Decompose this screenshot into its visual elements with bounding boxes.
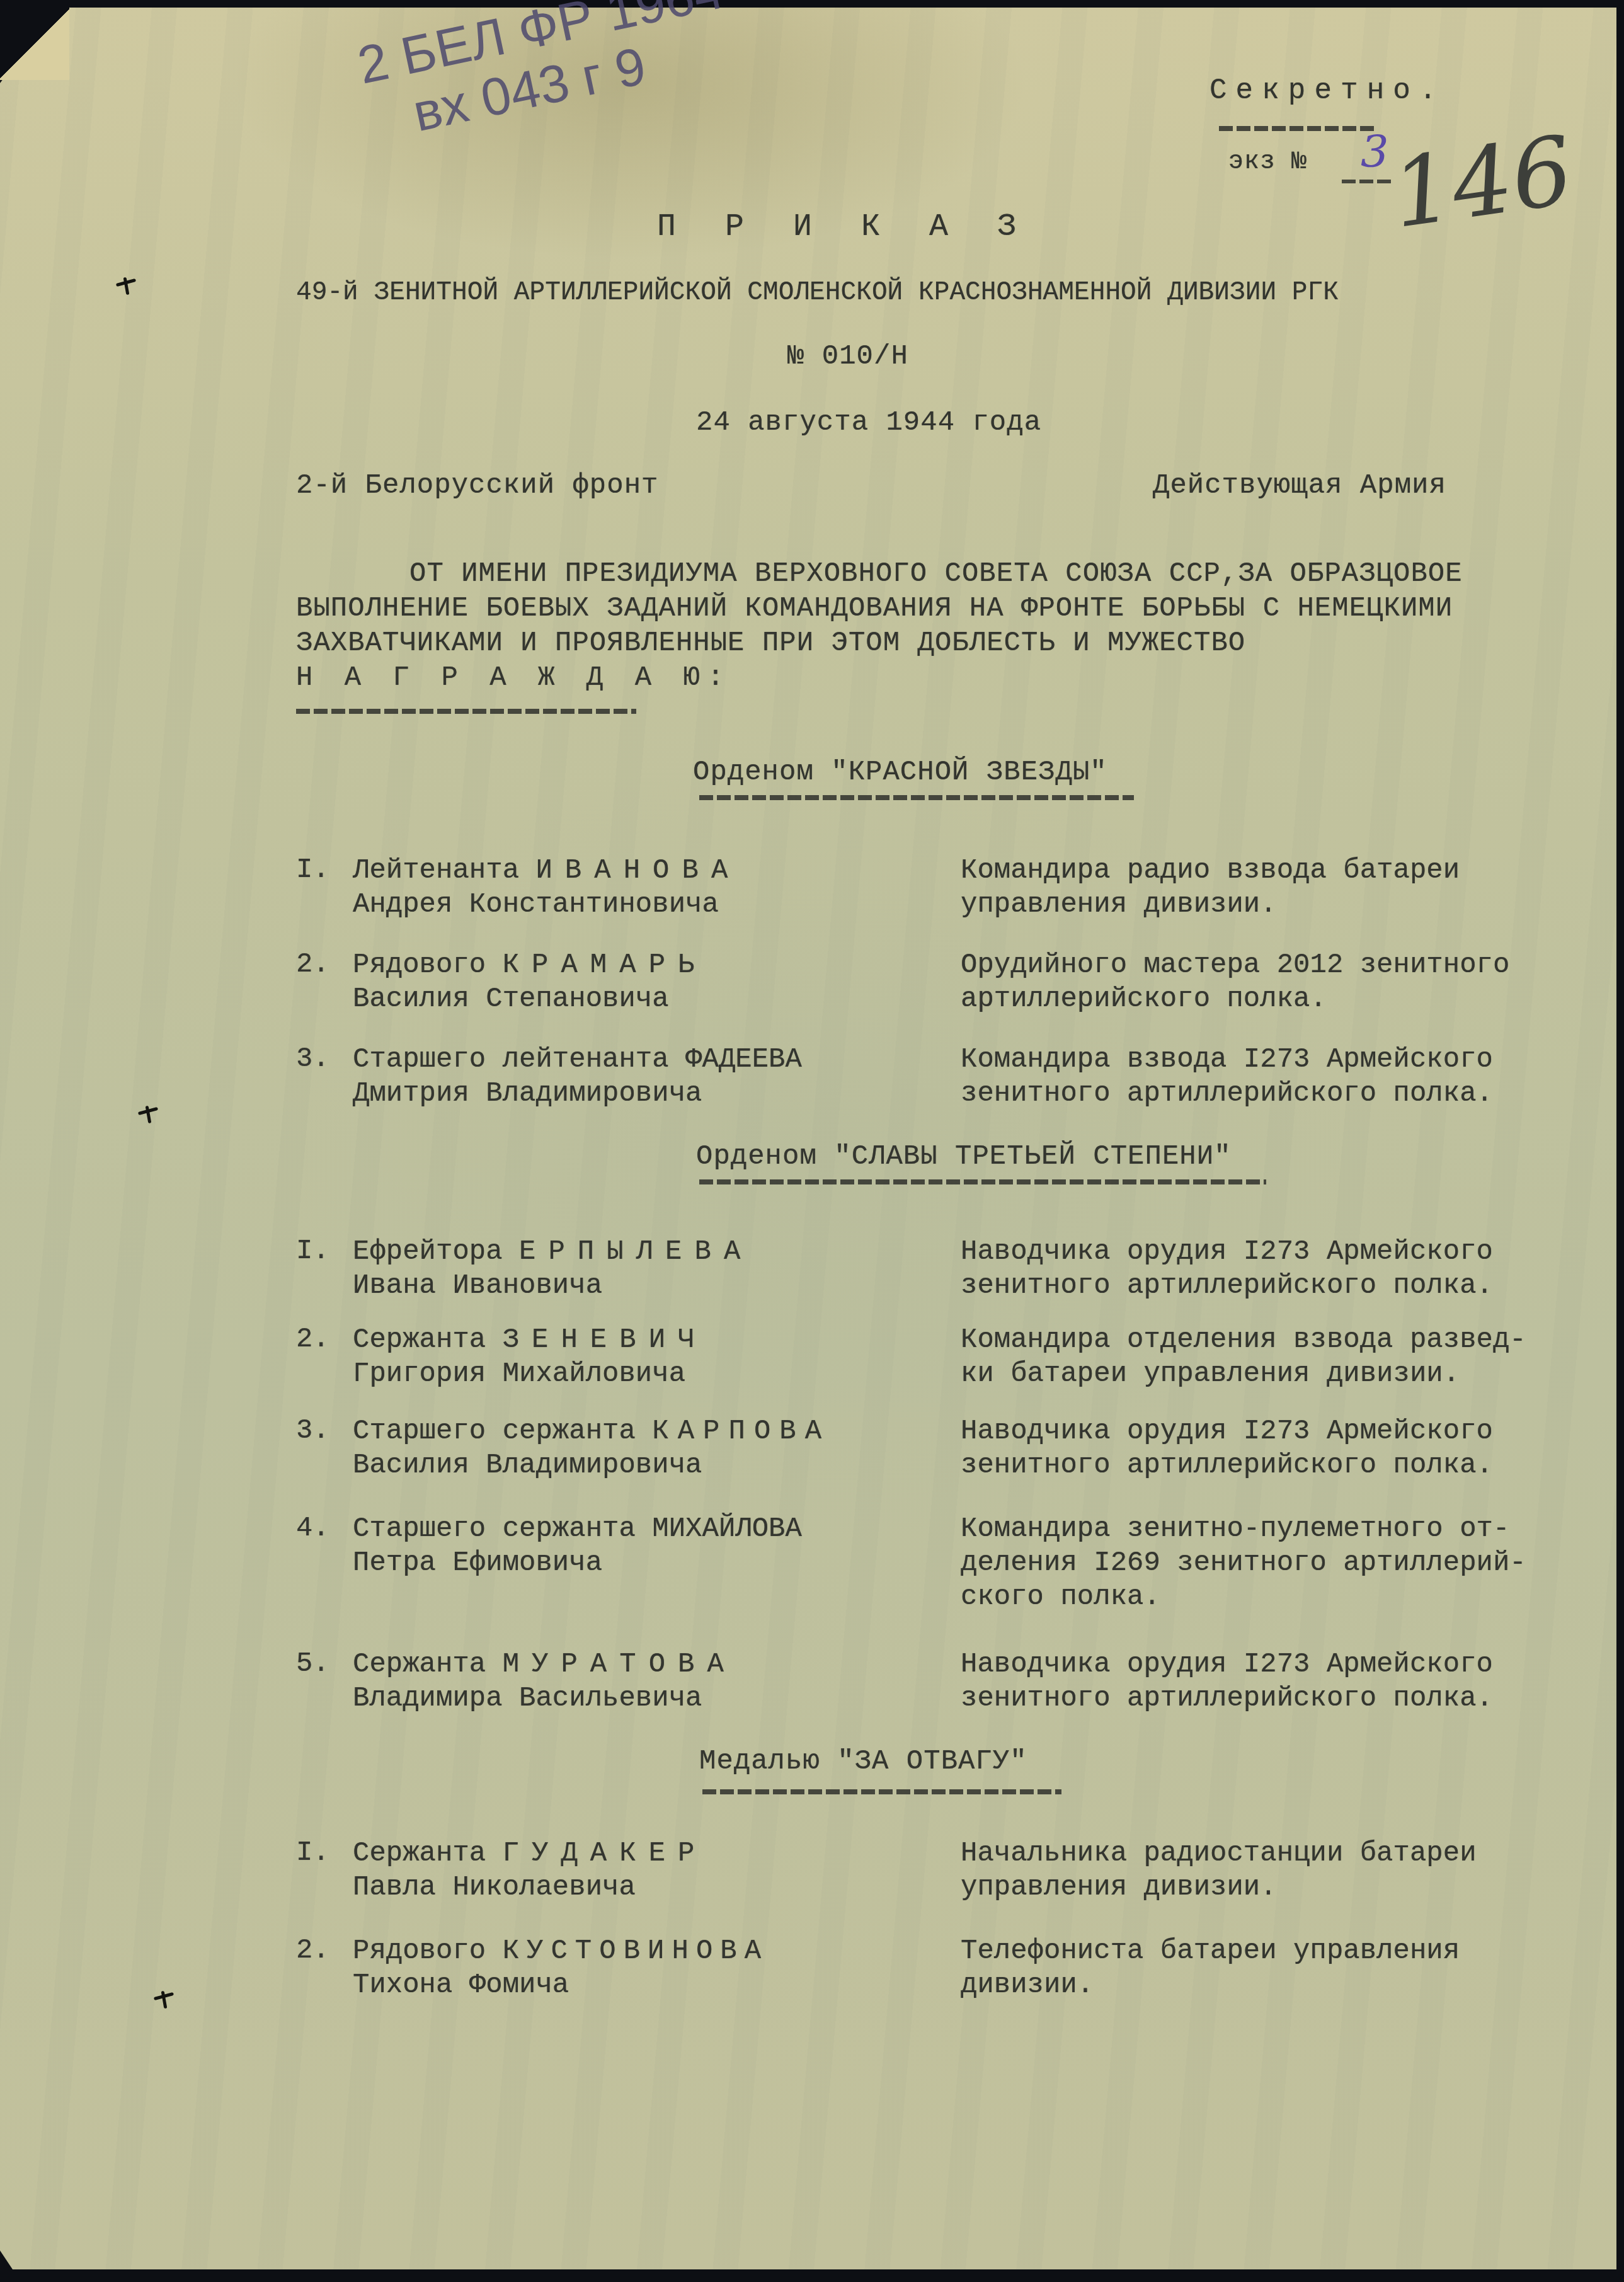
order-number: № 010/Н [787, 340, 908, 373]
rank: Лейтенанта [353, 855, 519, 886]
given-names: Дмитрия Владимировича [353, 1078, 702, 1109]
position-line: Наводчика орудия I273 Армейского [961, 1649, 1493, 1680]
award-entry-position: Командира радио взвода батареи управлени… [961, 854, 1616, 922]
punch-hole-icon [151, 1985, 176, 2010]
position-line: Командира отделения взвода развед- [961, 1324, 1526, 1356]
position-line: зенитного артиллерийского полка. [961, 1683, 1493, 1714]
section-underline [699, 795, 1134, 800]
position-line: дивизии. [961, 1970, 1094, 2001]
award-entry-rank-name: Сержанта ГУДАКЕР Павла Николаевича [353, 1837, 707, 1905]
rank: Рядового [353, 949, 486, 981]
position-line: ского полка. [961, 1581, 1160, 1613]
award-entry-rank-name: Старшего сержанта КАРПОВА Василия Владим… [353, 1414, 830, 1482]
rank: Ефрейтора [353, 1236, 503, 1268]
award-entry-rank-name: Сержанта ЗЕНЕВИЧ Григория Михайловича [353, 1323, 707, 1391]
entry-number: 5. [296, 1648, 329, 1680]
award-underline [296, 709, 636, 714]
position-line: Командира взвода I273 Армейского [961, 1044, 1493, 1075]
section-underline [699, 1179, 1266, 1184]
given-names: Григория Михайловича [353, 1358, 685, 1390]
surname: ФАДЕЕВА [685, 1044, 802, 1075]
position-line: Командира зенитно-пулеметного от- [961, 1513, 1509, 1545]
award-entry-rank-name: Старшего лейтенанта ФАДЕЕВА Дмитрия Влад… [353, 1043, 802, 1111]
position-line: зенитного артиллерийского полка. [961, 1450, 1493, 1481]
section-heading-glory-third: Орденом "СЛАВЫ ТРЕТЬЕЙ СТЕПЕНИ" [696, 1140, 1232, 1173]
rank: Сержанта [353, 1324, 486, 1356]
position-line: Телефониста батареи управления [961, 1935, 1460, 1967]
given-names: Андрея Константиновича [353, 889, 719, 920]
rank: Старшего сержанта [353, 1416, 636, 1447]
award-entry-position: Командира зенитно-пулеметного от- делени… [961, 1512, 1616, 1614]
position-line: артиллерийского полка. [961, 983, 1327, 1015]
order-date: 24 августа 1944 года [696, 406, 1041, 439]
award-entry-rank-name: Лейтенанта ИВАНОВА Андрея Константинович… [353, 854, 740, 922]
surname: КУСТОВИНОВА [503, 1935, 769, 1967]
entry-number: I. [296, 1235, 329, 1268]
preamble-line-2: ВЫПОЛНЕНИЕ БОЕВЫХ ЗАДАНИЙ КОМАНДОВАНИЯ Н… [296, 592, 1453, 625]
army-name: Действующая Армия [1153, 469, 1446, 502]
award-entry-position: Наводчика орудия I273 Армейского зенитно… [961, 1235, 1616, 1303]
surname: ИВАНОВА [535, 855, 740, 886]
organization-name: 49-й ЗЕНИТНОЙ АРТИЛЛЕРИЙСКОЙ СМОЛЕНСКОЙ … [296, 276, 1339, 309]
preamble-line-1: ОТ ИМЕНИ ПРЕЗИДИУМА ВЕРХОВНОГО СОВЕТА СО… [409, 558, 1463, 590]
position-line: управления дивизии. [961, 889, 1277, 920]
entry-number: 2. [296, 1323, 329, 1356]
rank: Сержанта [353, 1838, 486, 1869]
given-names: Василия Степановича [353, 983, 669, 1015]
award-entry-rank-name: Сержанта МУРАТОВА Владимира Васильевича [353, 1648, 736, 1716]
front-name: 2-й Белорусский фронт [296, 469, 659, 502]
copy-number: 3 [1361, 126, 1389, 178]
given-names: Василия Владимировича [353, 1450, 702, 1481]
rank: Старшего сержанта [353, 1513, 636, 1545]
given-names: Владимира Васильевича [353, 1683, 702, 1714]
award-entry-position: Начальника радиостанции батареи управлен… [961, 1837, 1616, 1905]
entry-number: I. [296, 1837, 329, 1869]
surname: МУРАТОВА [503, 1649, 736, 1680]
surname: ГУДАКЕР [503, 1838, 707, 1869]
given-names: Тихона Фомича [353, 1970, 569, 2001]
entry-number: 3. [296, 1043, 329, 1075]
preamble-line-3: ЗАХВАТЧИКАМИ И ПРОЯВЛЕННЫЕ ПРИ ЭТОМ ДОБЛ… [296, 627, 1245, 660]
classification-label: Секретно. [1209, 74, 1445, 107]
copy-label: экз № [1228, 146, 1307, 179]
position-line: Наводчика орудия I273 Армейского [961, 1236, 1493, 1268]
punch-hole-icon [113, 271, 139, 296]
section-underline [702, 1789, 1061, 1794]
position-line: Наводчика орудия I273 Армейского [961, 1416, 1493, 1447]
handwritten-sheet-number: 146 [1387, 123, 1578, 242]
position-line: Командира радио взвода батареи [961, 855, 1460, 886]
folded-corner [0, 8, 69, 80]
given-names: Ивана Ивановича [353, 1270, 602, 1302]
surname: МИХАЙЛОВА [652, 1513, 802, 1545]
copy-underline [1342, 180, 1392, 183]
rank: Сержанта [353, 1649, 486, 1680]
award-entry-position: Командира взвода I273 Армейского зенитно… [961, 1043, 1616, 1111]
position-line: деления I269 зенитного артиллерий- [961, 1547, 1526, 1579]
position-line: зенитного артиллерийского полка. [961, 1270, 1493, 1302]
award-entry-position: Наводчика орудия I273 Армейского зенитно… [961, 1414, 1616, 1482]
position-line: ки батареи управления дивизии. [961, 1358, 1460, 1390]
entry-number: 4. [296, 1512, 329, 1545]
award-declaration: Н А Г Р А Ж Д А Ю: [296, 662, 731, 694]
order-title: П Р И К А З [657, 211, 1031, 244]
entry-number: 3. [296, 1414, 329, 1447]
surname: КАРПОВА [652, 1416, 830, 1447]
award-entry-position: Наводчика орудия I273 Армейского зенитно… [961, 1648, 1616, 1716]
surname: КРАМАРЬ [503, 949, 707, 981]
surname: ЕРПЫЛЕВА [519, 1236, 753, 1268]
given-names: Петра Ефимовича [353, 1547, 602, 1579]
rank: Рядового [353, 1935, 486, 1967]
entry-number: I. [296, 854, 329, 886]
award-entry-position: Телефониста батареи управления дивизии. [961, 1934, 1616, 2002]
award-entry-position: Командира отделения взвода развед- ки ба… [961, 1323, 1616, 1391]
position-line: зенитного артиллерийского полка. [961, 1078, 1493, 1109]
surname: ЗЕНЕВИЧ [503, 1324, 707, 1356]
punch-hole-icon [135, 1099, 161, 1125]
award-entry-rank-name: Ефрейтора ЕРПЫЛЕВА Ивана Ивановича [353, 1235, 753, 1303]
given-names: Павла Николаевича [353, 1872, 636, 1903]
position-line: Орудийного мастера 2012 зенитного [961, 949, 1509, 981]
entry-number: 2. [296, 948, 329, 981]
position-line: управления дивизии. [961, 1872, 1277, 1903]
position-line: Начальника радиостанции батареи [961, 1838, 1477, 1869]
entry-number: 2. [296, 1934, 329, 1967]
rank: Старшего лейтенанта [353, 1044, 669, 1075]
section-heading-red-star: Орденом "КРАСНОЙ ЗВЕЗДЫ" [693, 756, 1107, 789]
award-entry-position: Орудийного мастера 2012 зенитного артилл… [961, 948, 1616, 1016]
award-entry-rank-name: Рядового КРАМАРЬ Василия Степановича [353, 948, 707, 1016]
section-heading-for-courage: Медалью "ЗА ОТВАГУ" [699, 1745, 1027, 1778]
classification-underline [1219, 126, 1376, 131]
award-entry-rank-name: Старшего сержанта МИХАЙЛОВА Петра Ефимов… [353, 1512, 802, 1580]
award-entry-rank-name: Рядового КУСТОВИНОВА Тихона Фомича [353, 1934, 769, 2002]
